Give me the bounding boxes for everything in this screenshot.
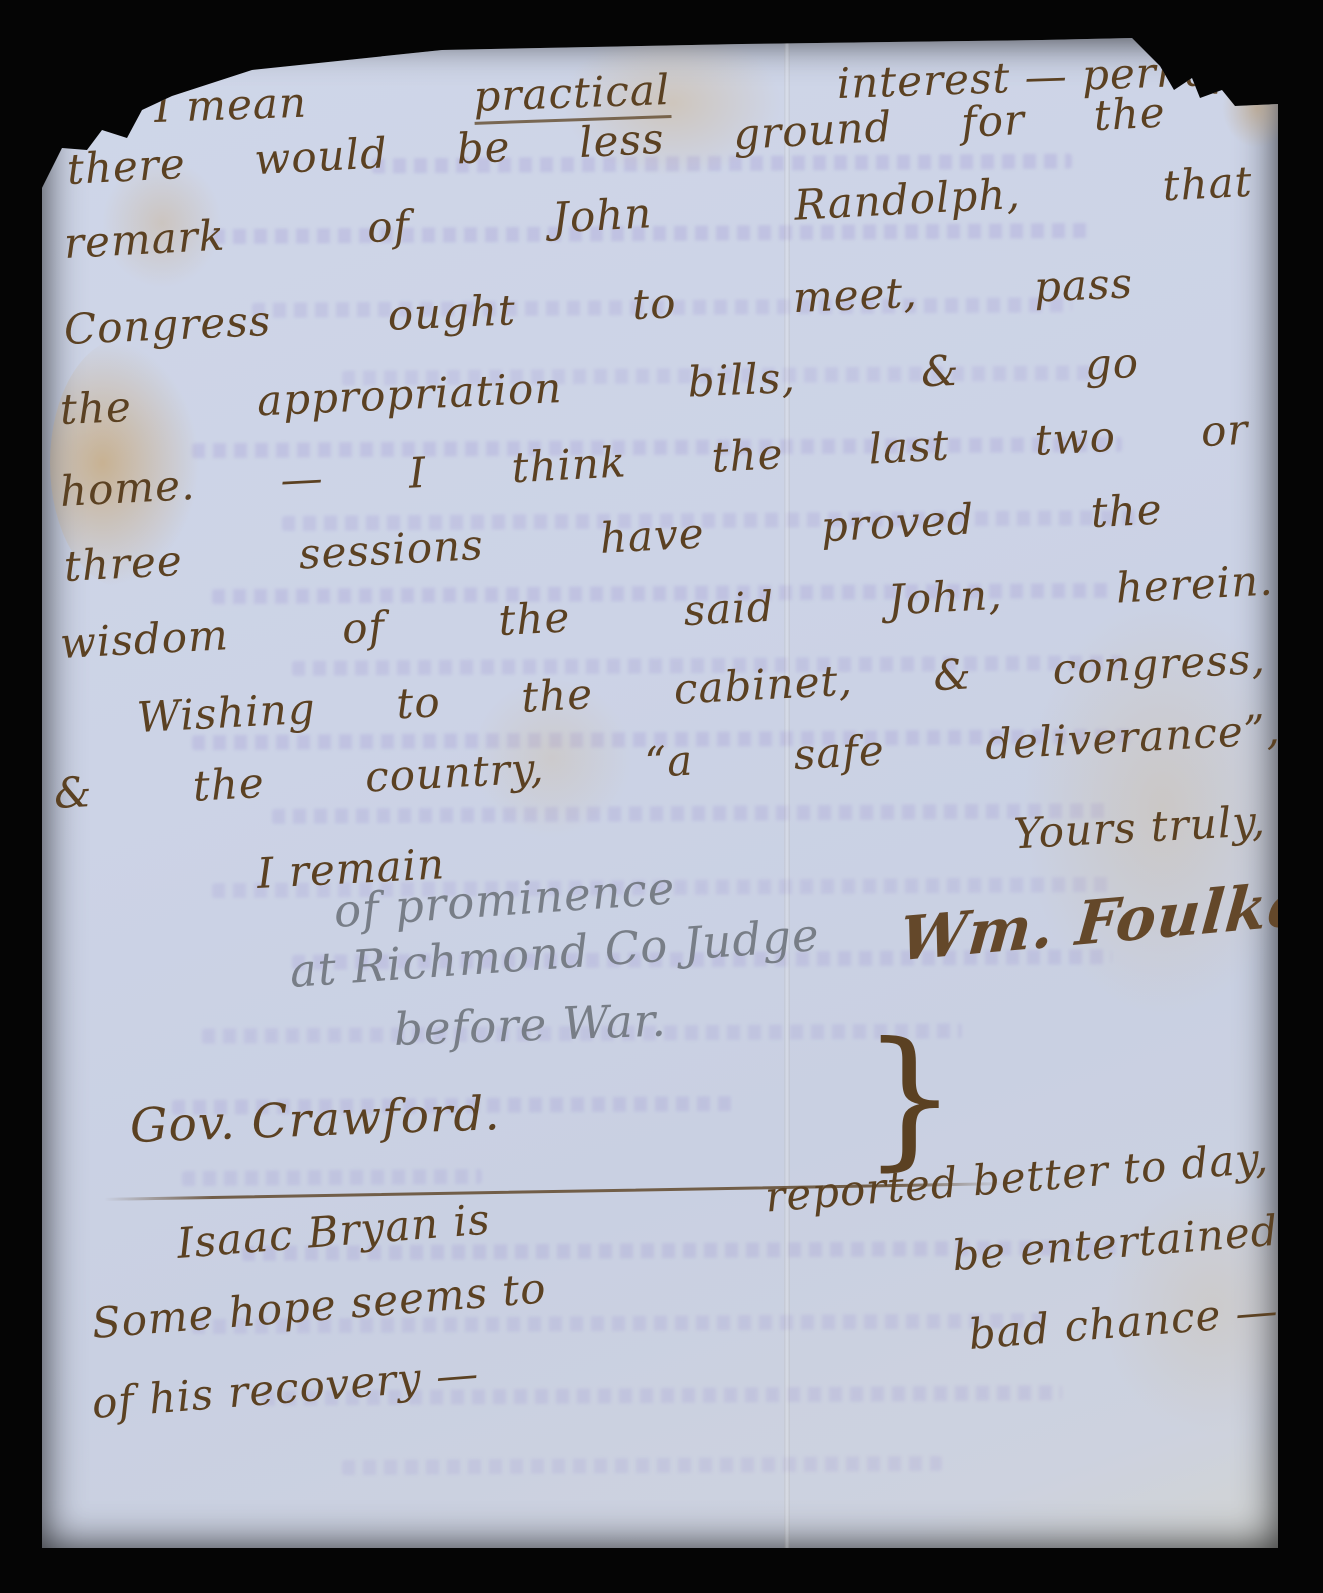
scanned-letter-page: — I mean practical interest — perhaps th…: [0, 0, 1323, 1593]
letter-line: Congress ought to meet, pass: [63, 259, 1134, 354]
postscript-text: Some hope seems to: [90, 1264, 548, 1348]
bleedthrough-mark: [342, 1456, 942, 1475]
bleedthrough-mark: [182, 1169, 482, 1186]
stain: [1222, 68, 1292, 148]
pencil-annotation-line: before War.: [393, 994, 667, 1055]
postscript-text: of his recovery —: [90, 1350, 481, 1429]
attribution-name: Gov. Crawford.: [129, 1087, 501, 1154]
closing-yours-truly: Yours truly,: [1012, 797, 1267, 858]
postscript-text: reported better to day,: [763, 1134, 1270, 1222]
postscript-text: bad chance —: [967, 1287, 1280, 1360]
letter-line-text: — I mean: [96, 79, 308, 139]
fold-crease: [784, 38, 790, 1548]
attribution-brace: }: [862, 1023, 958, 1173]
letter-paper-sheet: — I mean practical interest — perhaps th…: [42, 38, 1278, 1548]
postscript-text: be entertained: [950, 1207, 1280, 1281]
